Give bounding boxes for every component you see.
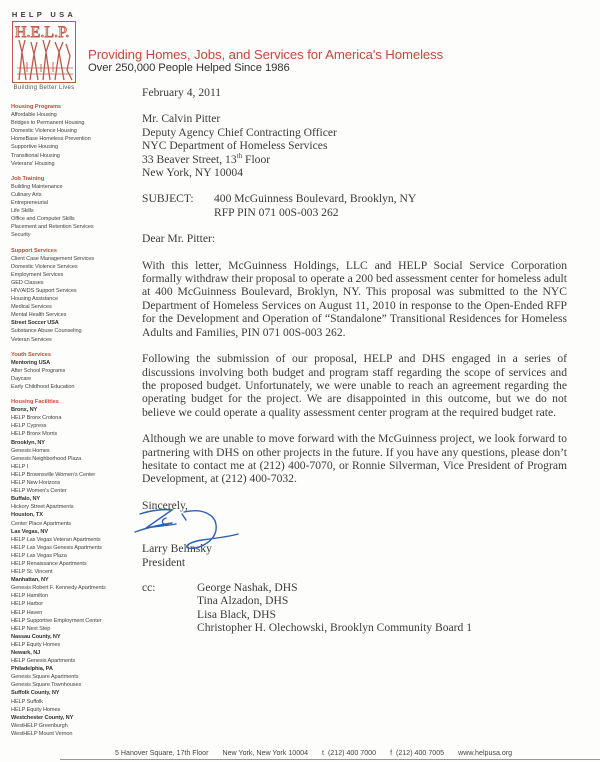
sidebar-item: HELP Brownsville Women's Center bbox=[11, 471, 126, 479]
sidebar-location: Buffalo, NY bbox=[11, 495, 126, 503]
sidebar-item: Transitional Housing bbox=[11, 152, 126, 160]
svg-text:H.E.L.P.: H.E.L.P. bbox=[15, 24, 69, 41]
tagline-main: Providing Homes, Jobs, and Services for … bbox=[88, 47, 443, 62]
logo-tagline: Building Better Lives bbox=[8, 85, 80, 91]
sidebar-item: Center Place Apartments bbox=[11, 520, 126, 528]
sidebar-item: HELP St. Vincent bbox=[11, 568, 126, 576]
sidebar-item: HELP Bronx Morris bbox=[11, 430, 126, 438]
cc-name: Tina Alzadon, DHS bbox=[197, 594, 472, 607]
cc-name: Christopher H. Olechowski, Brooklyn Comm… bbox=[197, 621, 472, 634]
body-paragraph-2: Following the submission of our proposal… bbox=[142, 352, 567, 419]
sidebar-item: Life Skills bbox=[11, 207, 126, 215]
sidebar-item: HELP Hamilton bbox=[11, 592, 126, 600]
sidebar-item: HELP Genesis Apartments bbox=[11, 657, 126, 665]
cc-label: cc: bbox=[142, 581, 197, 635]
sidebar-item: Veteran Services bbox=[11, 336, 126, 344]
sidebar-item: HELP Equity Homes bbox=[11, 706, 126, 714]
logo-org-name: HELP USA bbox=[8, 10, 80, 19]
cc-block: cc: George Nashak, DHS Tina Alzadon, DHS… bbox=[142, 581, 567, 635]
sidebar-item: After School Programs bbox=[11, 367, 126, 375]
sidebar-item: WestHELP Mount Vernon bbox=[11, 730, 126, 738]
sidebar-location: Houston, TX bbox=[11, 511, 126, 519]
recipient-title: Deputy Agency Chief Contracting Officer bbox=[142, 126, 567, 139]
salutation: Dear Mr. Pitter: bbox=[142, 232, 567, 245]
sidebar-item: HELP Bronx Crotona bbox=[11, 414, 126, 422]
letterhead-tagline: Providing Homes, Jobs, and Services for … bbox=[88, 47, 443, 74]
sidebar-section: Support ServicesClient Case Management S… bbox=[11, 247, 126, 344]
sidebar-item: HELP Suffolk bbox=[11, 698, 126, 706]
sidebar-section: Housing ProgramsAffordable HousingBridge… bbox=[11, 103, 126, 168]
sidebar-item: Genesis Square Townhouses bbox=[11, 681, 126, 689]
subject-line-1: 400 McGuinness Boulevard, Brooklyn, NY bbox=[214, 192, 416, 205]
sidebar-item: Daycare bbox=[11, 375, 126, 383]
sidebar-heading: Housing Facilities bbox=[11, 398, 126, 406]
sidebar-item: Domestic Violence Housing bbox=[11, 127, 126, 135]
subject-line-2: RFP PIN 071 00S-003 262 bbox=[214, 206, 416, 219]
sidebar-item: Building Maintenance bbox=[11, 183, 126, 191]
sidebar-item: HELP Haven bbox=[11, 609, 126, 617]
logo-figures-icon: H.E.L.P. bbox=[12, 21, 76, 83]
subject-label: SUBJECT: bbox=[142, 192, 214, 219]
sidebar-item: Office and Computer Skills bbox=[11, 215, 126, 223]
sidebar-item: Genesis Square Apartments bbox=[11, 673, 126, 681]
sidebar-item: Culinary Arts bbox=[11, 191, 126, 199]
sidebar-item: Employment Services bbox=[11, 271, 126, 279]
sidebar-section: Youth ServicesMentoring USAAfter School … bbox=[11, 351, 126, 391]
sidebar-item: Affordable Housing bbox=[11, 111, 126, 119]
sidebar-section: Housing FacilitiesBronx, NYHELP Bronx Cr… bbox=[11, 398, 126, 738]
sidebar-location: Mentoring USA bbox=[11, 359, 126, 367]
sidebar-location: Newark, NJ bbox=[11, 649, 126, 657]
footer-contact: 5 Hanover Square, 17th FloorNew York, Ne… bbox=[115, 749, 526, 757]
help-usa-logo: HELP USA H.E.L.P. Building Better Lives bbox=[8, 10, 80, 91]
letter-date: February 4, 2011 bbox=[142, 86, 567, 99]
recipient-address: Mr. Calvin Pitter Deputy Agency Chief Co… bbox=[142, 112, 567, 179]
sidebar-heading: Job Training bbox=[11, 175, 126, 183]
body-paragraph-3: Although we are unable to move forward w… bbox=[142, 432, 567, 486]
sidebar-item: HELP Las Vegas Veteran Apartments bbox=[11, 536, 126, 544]
recipient-name: Mr. Calvin Pitter bbox=[142, 112, 567, 125]
subject-block: SUBJECT: 400 McGuinness Boulevard, Brook… bbox=[142, 192, 567, 219]
signature-scribble-icon bbox=[132, 506, 272, 556]
sidebar-item: Hickory Street Apartments bbox=[11, 503, 126, 511]
letter-body: February 4, 2011 Mr. Calvin Pitter Deput… bbox=[142, 86, 567, 635]
footer-address: 5 Hanover Square, 17th Floor bbox=[115, 749, 208, 757]
sidebar-item: HELP Cypress bbox=[11, 422, 126, 430]
sidebar-item: GED Classes bbox=[11, 279, 126, 287]
footer-rule bbox=[60, 759, 600, 760]
sidebar-item: Genesis Robert F. Kennedy Apartments bbox=[11, 584, 126, 592]
sidebar-item: Security bbox=[11, 231, 126, 239]
cc-name: George Nashak, DHS bbox=[197, 581, 472, 594]
sidebar-location: Suffolk County, NY bbox=[11, 689, 126, 697]
sidebar-location: Westchester County, NY bbox=[11, 714, 126, 722]
sidebar-item: Genesis Homes bbox=[11, 447, 126, 455]
sidebar-location: Street Soccer USA bbox=[11, 319, 126, 327]
sidebar-item: Placement and Retention Services bbox=[11, 223, 126, 231]
sidebar-heading: Housing Programs bbox=[11, 103, 126, 111]
footer-city: New York, New York 10004 bbox=[222, 749, 308, 757]
sidebar-item: Genesis Neighborhood Plaza bbox=[11, 455, 126, 463]
sidebar-item: HELP Women's Center bbox=[11, 487, 126, 495]
sidebar-item: HELP Las Vegas Plaza bbox=[11, 552, 126, 560]
sidebar-location: Philadelphia, PA bbox=[11, 665, 126, 673]
programs-sidebar: Housing ProgramsAffordable HousingBridge… bbox=[11, 103, 126, 745]
recipient-city: New York, NY 10004 bbox=[142, 166, 567, 179]
sidebar-location: Bronx, NY bbox=[11, 406, 126, 414]
sidebar-item: HELP Las Vegas Genesis Apartments bbox=[11, 544, 126, 552]
body-paragraph-1: With this letter, McGuinness Holdings, L… bbox=[142, 259, 567, 339]
recipient-org: NYC Department of Homeless Services bbox=[142, 139, 567, 152]
sidebar-item: HELP Harbor bbox=[11, 600, 126, 608]
sidebar-item: HIV/AIDS Support Services bbox=[11, 287, 126, 295]
sidebar-item: HomeBase Homeless Prevention bbox=[11, 135, 126, 143]
cc-name: Lisa Black, DHS bbox=[197, 608, 472, 621]
signature bbox=[142, 512, 567, 542]
sidebar-item: Mental Health Services bbox=[11, 311, 126, 319]
sidebar-item: HELP Equity Homes bbox=[11, 641, 126, 649]
signer-title: President bbox=[142, 556, 567, 569]
letterhead-footer: 5 Hanover Square, 17th FloorNew York, Ne… bbox=[0, 746, 600, 762]
sidebar-item: Client Case Management Services bbox=[11, 255, 126, 263]
sidebar-location: Brooklyn, NY bbox=[11, 439, 126, 447]
sidebar-item: Bridges to Permanent Housing bbox=[11, 119, 126, 127]
sidebar-item: Veterans' Housing bbox=[11, 160, 126, 168]
sidebar-item: Supportive Housing bbox=[11, 143, 126, 151]
sidebar-section: Job TrainingBuilding MaintenanceCulinary… bbox=[11, 175, 126, 240]
recipient-street: 33 Beaver Street, 13th Floor bbox=[142, 153, 567, 166]
sidebar-item: HELP Renaissance Apartments bbox=[11, 560, 126, 568]
sidebar-location: Las Vegas, NV bbox=[11, 528, 126, 536]
sidebar-item: Housing Assistance bbox=[11, 295, 126, 303]
sidebar-item: HELP New Horizons bbox=[11, 479, 126, 487]
sidebar-item: Substance Abuse Counseling bbox=[11, 327, 126, 335]
footer-fax: f (212) 400 7005 bbox=[390, 749, 444, 757]
sidebar-heading: Youth Services bbox=[11, 351, 126, 359]
sidebar-location: Nassau County, NY bbox=[11, 633, 126, 641]
sidebar-item: Early Childhood Education bbox=[11, 383, 126, 391]
sidebar-item: Medical Services bbox=[11, 303, 126, 311]
tagline-sub: Over 250,000 People Helped Since 1986 bbox=[88, 62, 443, 74]
sidebar-item: Domestic Violence Services bbox=[11, 263, 126, 271]
sidebar-heading: Support Services bbox=[11, 247, 126, 255]
sidebar-item: Entrepreneurial bbox=[11, 199, 126, 207]
footer-phone: t (212) 400 7000 bbox=[322, 749, 376, 757]
sidebar-location: Manhattan, NY bbox=[11, 576, 126, 584]
sidebar-item: HELP Next Step bbox=[11, 625, 126, 633]
sidebar-item: HELP I bbox=[11, 463, 126, 471]
sidebar-item: HELP Supportive Employment Center bbox=[11, 617, 126, 625]
sidebar-item: WestHELP Greenburgh bbox=[11, 722, 126, 730]
footer-website[interactable]: www.helpusa.org bbox=[458, 749, 512, 757]
